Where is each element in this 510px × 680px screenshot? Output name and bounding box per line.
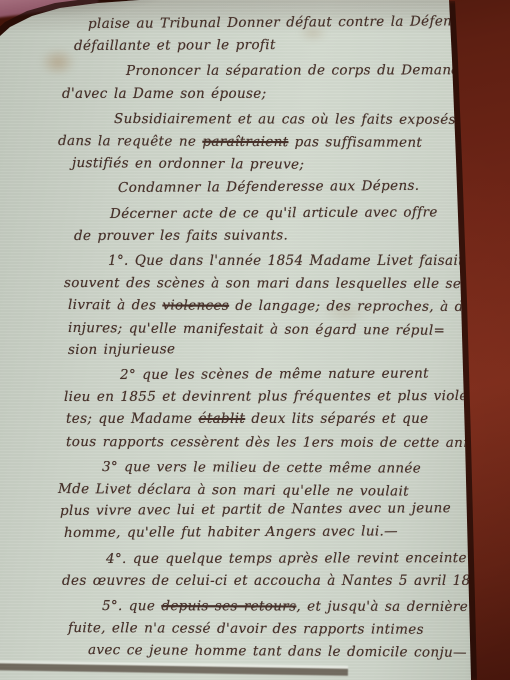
manuscript-line: lieu en 1855 et devinrent plus fréquente… (64, 385, 462, 408)
manuscript-line: tes; que Madame établit deux lits séparé… (66, 408, 462, 430)
manuscript-line: tous rapports cessèrent dès les 1ers moi… (66, 431, 462, 454)
struck-words: établit (199, 411, 246, 427)
manuscript-text: plaise au Tribunal Donner défaut contre … (58, 13, 462, 662)
manuscript-line: 5°. que depuis ses retours, et jusqu'à s… (102, 595, 462, 618)
manuscript-line: plus vivre avec lui et partit de Nantes … (60, 497, 462, 522)
manuscript-line: Prononcer la séparation de corps du Dema… (126, 60, 462, 83)
manuscript-line: avec ce jeune homme tant dans le domicil… (88, 639, 462, 664)
manuscript-line: d'avec la Dame son épouse; (62, 83, 462, 105)
manuscript-line: 3° que vers le milieu de cette même anné… (102, 456, 462, 480)
manuscript-line: livrait à des violences de langage; des … (68, 294, 462, 318)
manuscript-line: fuite, elle n'a cessé d'avoir des rappor… (68, 617, 462, 641)
struck-words: paraîtraient (202, 134, 288, 150)
manuscript-line: Subsidiairement et au cas où les faits e… (114, 108, 462, 131)
manuscript-line: dans la requête ne paraîtraient pas suff… (58, 130, 462, 154)
photo-of-manuscript: plaise au Tribunal Donner défaut contre … (0, 0, 510, 680)
manuscript-line: défaillante et pour le profit (74, 33, 462, 57)
manuscript-line: 1°. Que dans l'année 1854 Madame Livet f… (108, 250, 462, 272)
manuscript-line: 4°. que quelque temps après elle revint … (106, 547, 462, 570)
manuscript-paper: plaise au Tribunal Donner défaut contre … (0, 0, 510, 680)
manuscript-line: Condamner la Défenderesse aux Dépens. (118, 175, 462, 200)
manuscript-line: des œuvres de celui-ci et accoucha à Nan… (62, 570, 462, 592)
manuscript-line: de prouver les faits suivants. (74, 224, 462, 247)
manuscript-line: Décerner acte de ce qu'il articule avec … (110, 201, 462, 225)
struck-words: violences (162, 298, 229, 314)
manuscript-line: justifiés en ordonner la preuve; (72, 152, 462, 177)
manuscript-line: plaise au Tribunal Donner défaut contre … (88, 10, 462, 35)
manuscript-line: homme, qu'elle fut habiter Angers avec l… (64, 521, 462, 545)
manuscript-line: sion injurieuse (68, 336, 462, 361)
struck-words: depuis ses retours (161, 598, 296, 614)
manuscript-line: souvent des scènes à son mari dans lesqu… (64, 272, 462, 295)
manuscript-line: 2° que les scènes de même nature eurent (120, 362, 462, 386)
